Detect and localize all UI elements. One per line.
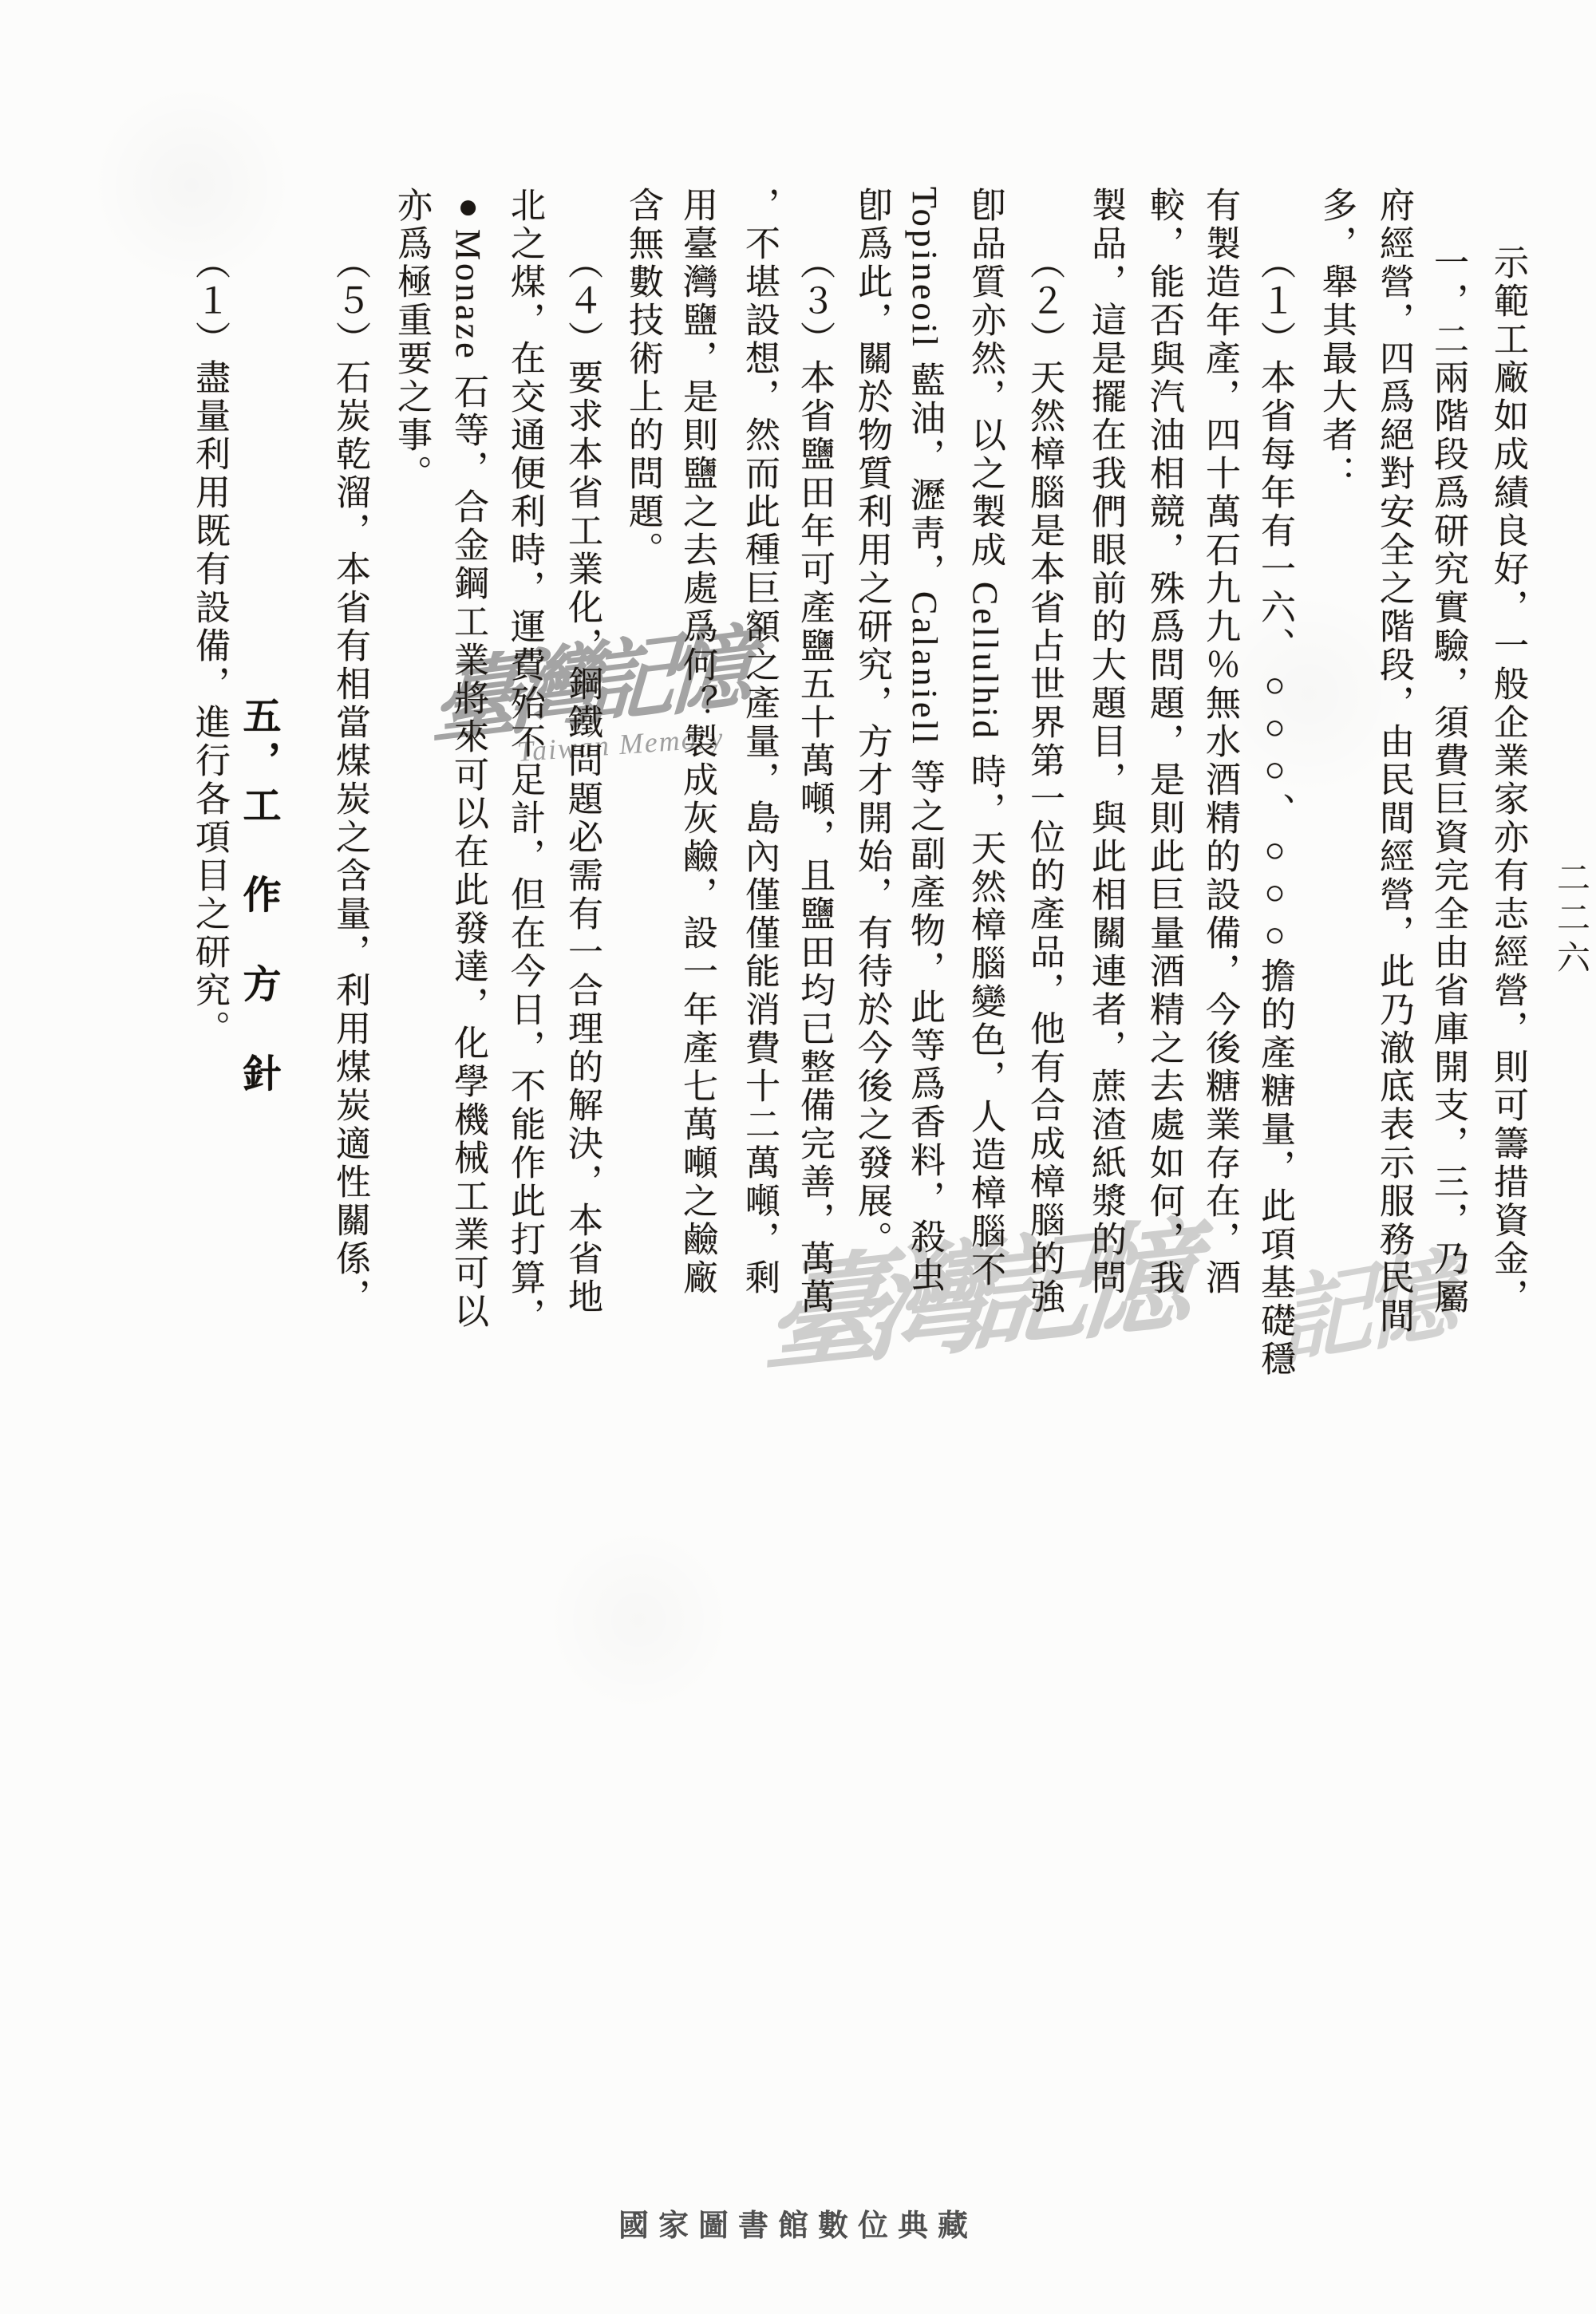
text-column-14: ，不堪設想，然而此種巨額之產量，島內僅僅能消費十二萬噸，剩: [738, 187, 780, 1297]
text-column-8: 製品，這是擺在我們眼前的大題目，與此相關連者，蔗渣紙漿的問: [1084, 187, 1126, 1297]
text-column-16: 含無數技術上的問題。: [622, 187, 663, 570]
text-column-22: （１）盡量利用既有設備，進行各項目之研究。: [188, 244, 230, 1048]
watermark-lower-fragment2: 記憶: [1276, 1217, 1451, 1385]
text-column-20: 亦爲極重要之事。: [390, 187, 432, 493]
text-column-9: （２）天然樟腦是本省占世界第一位的產品，他有合成樟腦的強: [1023, 244, 1065, 1317]
text-column-7: 較，能否與汽油相競，殊爲問題，是則此巨量酒精之去處如何，我: [1143, 187, 1184, 1297]
page-number: 二二六: [1547, 860, 1594, 980]
text-column-3: 府經營，四爲絕對安全之階段，由民間經營，此乃澈底表示服務民間: [1373, 187, 1414, 1336]
text-column-11: Topineoil 藍油，瀝靑，Calaniell 等之副產物，此等爲香料，殺虫: [903, 187, 945, 1295]
text-column-2: 一，二兩階段爲研究實驗，須費巨資完全由省庫開支，三，乃屬: [1427, 244, 1468, 1317]
text-column-5: （１）本省每年有一六、○○○、○○○擔的產糖量，此項基礎穩: [1254, 244, 1295, 1379]
archive-caption: 國家圖書館數位典藏: [618, 2201, 978, 2245]
text-column-1: 示範工廠如成績良好，一般企業家亦有志經營，則可籌措資金，: [1487, 244, 1528, 1317]
text-column-6: 有製造年產，四十萬石九九％無水酒精的設備，今後糖業存在，酒: [1199, 187, 1240, 1297]
text-column-10: 卽品質亦然，以之製成 Cellulhid 時，天然樟腦變色，人造樟腦不: [964, 187, 1005, 1289]
text-column-13: （３）本省鹽田年可產鹽五十萬噸，且鹽田均已整備完善，萬萬: [793, 244, 835, 1317]
text-column-21: （５）石炭乾溜，本省有相當煤炭之含量，利用煤炭適性關係，: [329, 244, 370, 1317]
text-column-18: 北之煤，在交通便利時，運費殆不足計，但在今日，不能作此打算，: [504, 187, 545, 1336]
text-column-17: （４）要求本省工業化，鋼鐵問題必需有一合理的解決，本省地: [561, 244, 602, 1317]
text-column-4: 多，舉其最大者：: [1315, 187, 1357, 493]
section-heading: 五，工 作 方 針: [235, 696, 281, 1098]
text-column-19: ●Monaze 石等，合金鋼工業將來可以在此發達，化學機械工業可以: [447, 187, 488, 1331]
text-column-15: 用臺灣鹽，是則鹽之去處爲何？製成灰鹼，設一年產七萬噸之鹼廠: [676, 187, 717, 1297]
text-column-12: 卽爲此，關於物質利用之研究，方才開始，有待於今後之發展。: [851, 187, 892, 1259]
